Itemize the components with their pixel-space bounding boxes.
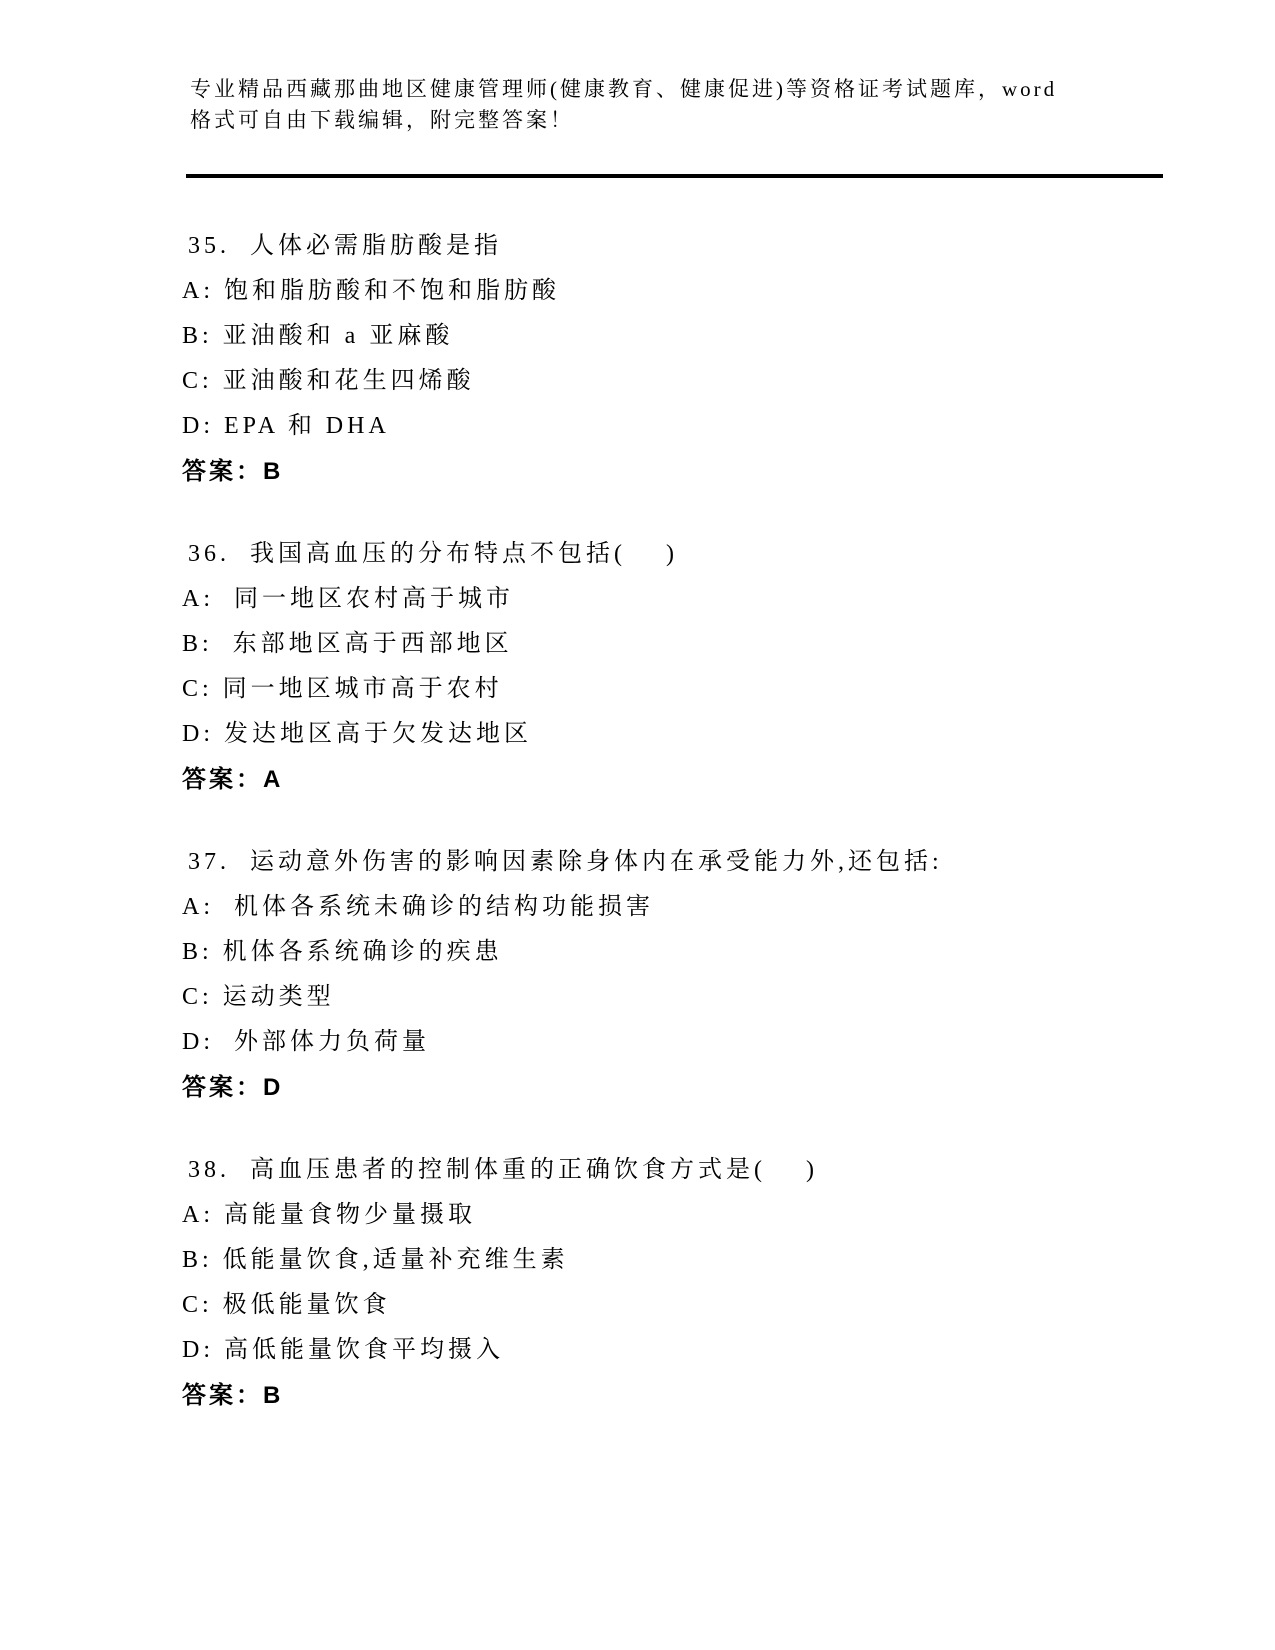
option-d: D: EPA 和 DHA xyxy=(182,404,1185,449)
page-header: 专业精品西藏那曲地区健康管理师(健康教育、健康促进)等资格证考试题库，word … xyxy=(0,0,1275,136)
question-block-36: 36. 我国高血压的分布特点不包括( ) A: 同一地区农村高于城市 B: 东部… xyxy=(182,532,1185,802)
option-d: D: 发达地区高于欠发达地区 xyxy=(182,712,1185,757)
option-a: A: 饱和脂肪酸和不饱和脂肪酸 xyxy=(182,269,1185,314)
option-a: A: 同一地区农村高于城市 xyxy=(182,577,1185,622)
option-c: C: 同一地区城市高于农村 xyxy=(182,667,1185,712)
option-b: B: 机体各系统确诊的疾患 xyxy=(182,930,1185,975)
option-b: B: 低能量饮食,适量补充维生素 xyxy=(182,1238,1185,1283)
answer-line: 答案：B xyxy=(182,1373,1185,1418)
header-text-line-1: 专业精品西藏那曲地区健康管理师(健康教育、健康促进)等资格证考试题库，word xyxy=(190,74,1175,105)
header-text-line-2: 格式可自由下载编辑，附完整答案！ xyxy=(190,105,1175,136)
option-c: C: 运动类型 xyxy=(182,975,1185,1020)
option-c: C: 极低能量饮食 xyxy=(182,1283,1185,1328)
question-stem: 38. 高血压患者的控制体重的正确饮食方式是( ) xyxy=(182,1148,1185,1193)
question-stem: 36. 我国高血压的分布特点不包括( ) xyxy=(182,532,1185,577)
answer-line: 答案：B xyxy=(182,449,1185,494)
option-b: B: 东部地区高于西部地区 xyxy=(182,622,1185,667)
question-block-35: 35. 人体必需脂肪酸是指 A: 饱和脂肪酸和不饱和脂肪酸 B: 亚油酸和 a … xyxy=(182,224,1185,494)
question-stem: 35. 人体必需脂肪酸是指 xyxy=(182,224,1185,269)
question-list: 35. 人体必需脂肪酸是指 A: 饱和脂肪酸和不饱和脂肪酸 B: 亚油酸和 a … xyxy=(0,178,1275,1418)
document-page: 专业精品西藏那曲地区健康管理师(健康教育、健康促进)等资格证考试题库，word … xyxy=(0,0,1275,1650)
option-c: C: 亚油酸和花生四烯酸 xyxy=(182,359,1185,404)
question-block-38: 38. 高血压患者的控制体重的正确饮食方式是( ) A: 高能量食物少量摄取 B… xyxy=(182,1148,1185,1418)
option-b: B: 亚油酸和 a 亚麻酸 xyxy=(182,314,1185,359)
question-block-37: 37. 运动意外伤害的影响因素除身体内在承受能力外,还包括: A: 机体各系统未… xyxy=(182,840,1185,1110)
answer-line: 答案：A xyxy=(182,757,1185,802)
option-a: A: 机体各系统未确诊的结构功能损害 xyxy=(182,885,1185,930)
option-a: A: 高能量食物少量摄取 xyxy=(182,1193,1185,1238)
option-d: D: 外部体力负荷量 xyxy=(182,1020,1185,1065)
question-stem: 37. 运动意外伤害的影响因素除身体内在承受能力外,还包括: xyxy=(182,840,1185,885)
answer-line: 答案：D xyxy=(182,1065,1185,1110)
option-d: D: 高低能量饮食平均摄入 xyxy=(182,1328,1185,1373)
